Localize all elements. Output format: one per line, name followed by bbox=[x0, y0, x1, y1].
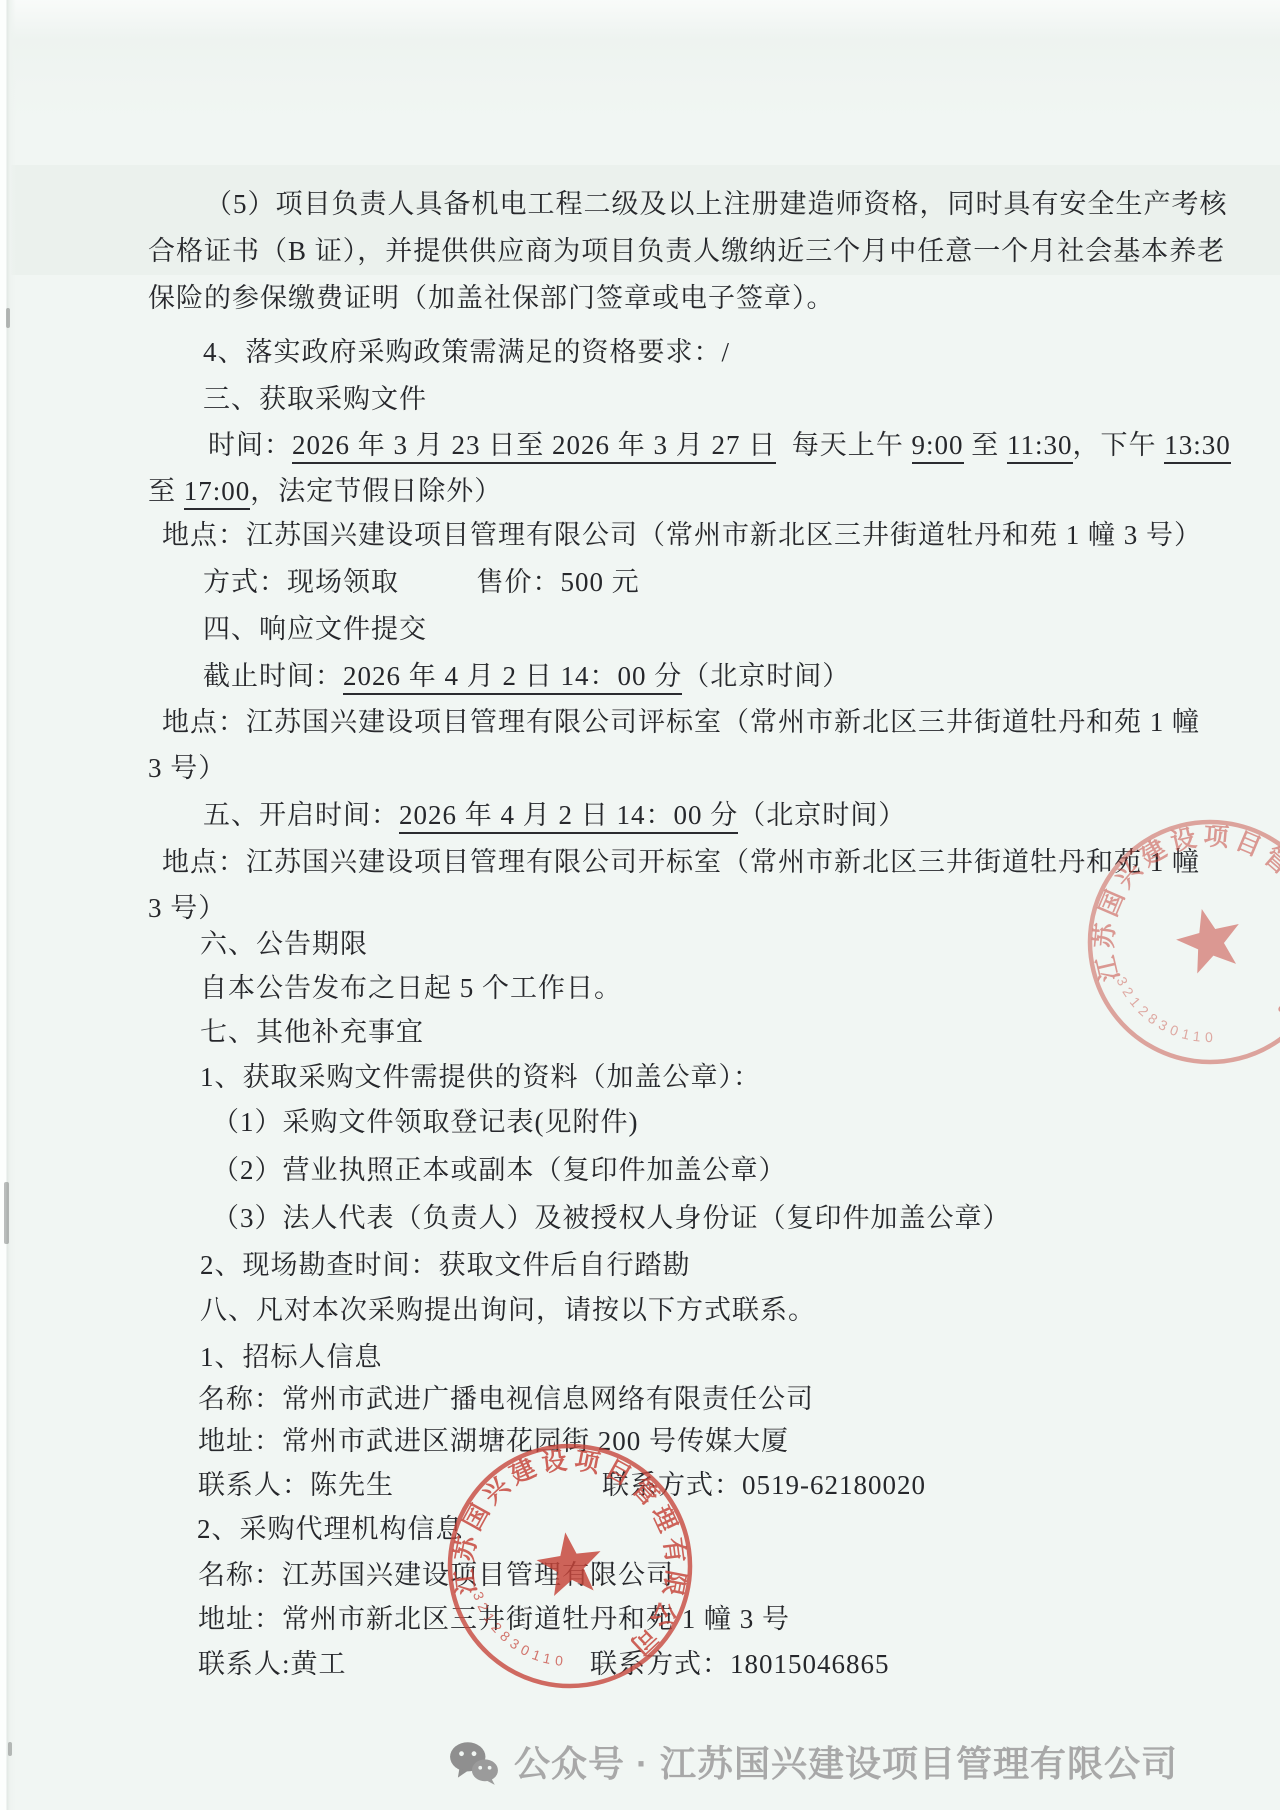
time-afternoon-end: 17:00 bbox=[184, 476, 251, 510]
doc-line: 保险的参保缴费证明（加盖社保部门签章或电子签章）。 bbox=[148, 281, 835, 315]
doc-line: （5）项目负责人具备机电工程二级及以上注册建造师资格，同时具有安全生产考核 bbox=[205, 187, 1228, 221]
contact-person: 联系人：陈先生 bbox=[198, 1470, 394, 1500]
svg-text:江苏国兴建设项目管理有限公司: 江苏国兴建设项目管理有限公司 bbox=[1054, 786, 1280, 1092]
doc-line: 地址：常州市新北区三井街道牡丹和苑 1 幢 3 号 bbox=[198, 1602, 790, 1636]
wechat-watermark: 公众号 · 江苏国兴建设项目管理有限公司 bbox=[448, 1736, 1178, 1787]
doc-section-heading: 七、其他补充事宜 bbox=[200, 1015, 424, 1049]
seal-star-icon bbox=[1170, 901, 1248, 976]
wechat-icon bbox=[448, 1739, 500, 1785]
time-post: ，法定节假日除外） bbox=[250, 476, 502, 506]
contact-method: 联系方式：0519-62180020 bbox=[602, 1468, 926, 1502]
scan-speck bbox=[4, 1182, 9, 1244]
doc-section-heading: 四、响应文件提交 bbox=[203, 612, 427, 646]
time-pre: 至 bbox=[148, 476, 184, 506]
open-post: （北京时间） bbox=[738, 800, 906, 830]
doc-section-heading: 八、凡对本次采购提出询问，请按以下方式联系。 bbox=[200, 1293, 816, 1327]
contact-person: 联系人:黄工 bbox=[198, 1649, 347, 1679]
doc-line: 地点：江苏国兴建设项目管理有限公司（常州市新北区三井街道牡丹和苑 1 幢 3 号… bbox=[162, 518, 1202, 552]
doc-line: 3 号） bbox=[148, 751, 226, 785]
doc-line-time: 时间：2026 年 3 月 23 日至 2026 年 3 月 27 日 每天上午… bbox=[208, 428, 1231, 462]
doc-line: 2、采购代理机构信息 bbox=[197, 1512, 464, 1546]
doc-line-contact: 联系人：陈先生联系方式：0519-62180020 bbox=[198, 1468, 1148, 1502]
time-range-underlined: 2026 年 3 月 23 日至 2026 年 3 月 27 日 bbox=[292, 430, 776, 464]
doc-line-open-time: 五、开启时间：2026 年 4 月 2 日 14：00 分（北京时间） bbox=[203, 798, 906, 832]
doc-section-heading: 三、获取采购文件 bbox=[203, 382, 427, 416]
doc-line: 自本公告发布之日起 5 个工作日。 bbox=[200, 971, 622, 1005]
doc-line: 名称：常州市武进广播电视信息网络有限责任公司 bbox=[198, 1382, 814, 1416]
time-mid: 每天上午 bbox=[776, 430, 911, 460]
doc-line-deadline: 截止时间：2026 年 4 月 2 日 14：00 分（北京时间） bbox=[203, 659, 850, 693]
doc-line: （2）营业执照正本或副本（复印件加盖公章） bbox=[212, 1153, 787, 1187]
company-seal-stamp-partial: 江苏国兴建设项目管理有限公司 3212830110 bbox=[1046, 778, 1280, 1105]
open-label: 五、开启时间： bbox=[203, 800, 399, 830]
seal-border bbox=[1065, 797, 1280, 1088]
seal-ring-text: 江苏国兴建设项目管理有限公司 bbox=[1054, 786, 1280, 1092]
scan-speck bbox=[8, 1742, 12, 1756]
time-label: 时间： bbox=[208, 430, 292, 460]
time-morning-start: 9:00 bbox=[912, 430, 964, 464]
doc-line-contact: 联系人:黄工联系方式：18015046865 bbox=[198, 1647, 1148, 1681]
time-mid: ，下午 bbox=[1073, 430, 1165, 460]
doc-line: （1）采购文件领取登记表(见附件) bbox=[212, 1105, 638, 1139]
watermark-text: 公众号 · 江苏国兴建设项目管理有限公司 bbox=[514, 1736, 1178, 1787]
doc-line: 4、落实政府采购政策需满足的资格要求：/ bbox=[203, 335, 730, 369]
doc-line: （3）法人代表（负责人）及被授权人身份证（复印件加盖公章） bbox=[212, 1201, 1011, 1235]
doc-line: 方式：现场领取 售价：500 元 bbox=[203, 565, 640, 599]
deadline-post: （北京时间） bbox=[682, 661, 850, 691]
document-page: （5）项目负责人具备机电工程二级及以上注册建造师资格，同时具有安全生产考核 合格… bbox=[0, 0, 1280, 1810]
doc-line: 1、招标人信息 bbox=[200, 1340, 383, 1374]
deadline-label: 截止时间： bbox=[203, 661, 343, 691]
doc-line: 3 号） bbox=[148, 891, 226, 925]
doc-line: 地点：江苏国兴建设项目管理有限公司开标室（常州市新北区三井街道牡丹和苑 1 幢 bbox=[162, 845, 1200, 879]
doc-line: 地址：常州市武进区湖塘花园街 200 号传媒大厦 bbox=[198, 1424, 789, 1458]
doc-line: 2、现场勘查时间：获取文件后自行踏勘 bbox=[200, 1248, 691, 1282]
time-morning-end: 11:30 bbox=[1007, 430, 1073, 464]
doc-line: 1、获取采购文件需提供的资料（加盖公章）： bbox=[200, 1060, 761, 1094]
time-afternoon-start: 13:30 bbox=[1164, 430, 1231, 464]
seal-code-text: 3212830110 bbox=[1113, 956, 1222, 1065]
doc-line: 名称：江苏国兴建设项目管理有限公司 bbox=[198, 1558, 674, 1592]
deadline-datetime: 2026 年 4 月 2 日 14：00 分 bbox=[343, 661, 682, 695]
svg-text:3212830110: 3212830110 bbox=[1113, 956, 1222, 1065]
scan-speck bbox=[6, 308, 10, 328]
scan-left-edge bbox=[0, 0, 16, 1810]
doc-line: 合格证书（B 证），并提供供应商为项目负责人缴纳近三个月中任意一个月社会基本养老 bbox=[148, 234, 1225, 268]
time-mid: 至 bbox=[964, 430, 1008, 460]
scan-top-band bbox=[0, 0, 1280, 150]
open-datetime: 2026 年 4 月 2 日 14：00 分 bbox=[399, 800, 738, 834]
doc-line: 地点：江苏国兴建设项目管理有限公司评标室（常州市新北区三井街道牡丹和苑 1 幢 bbox=[162, 705, 1200, 739]
doc-line-time-wrap: 至 17:00，法定节假日除外） bbox=[148, 474, 502, 508]
doc-section-heading: 六、公告期限 bbox=[200, 927, 368, 961]
contact-method: 联系方式：18015046865 bbox=[590, 1647, 890, 1681]
